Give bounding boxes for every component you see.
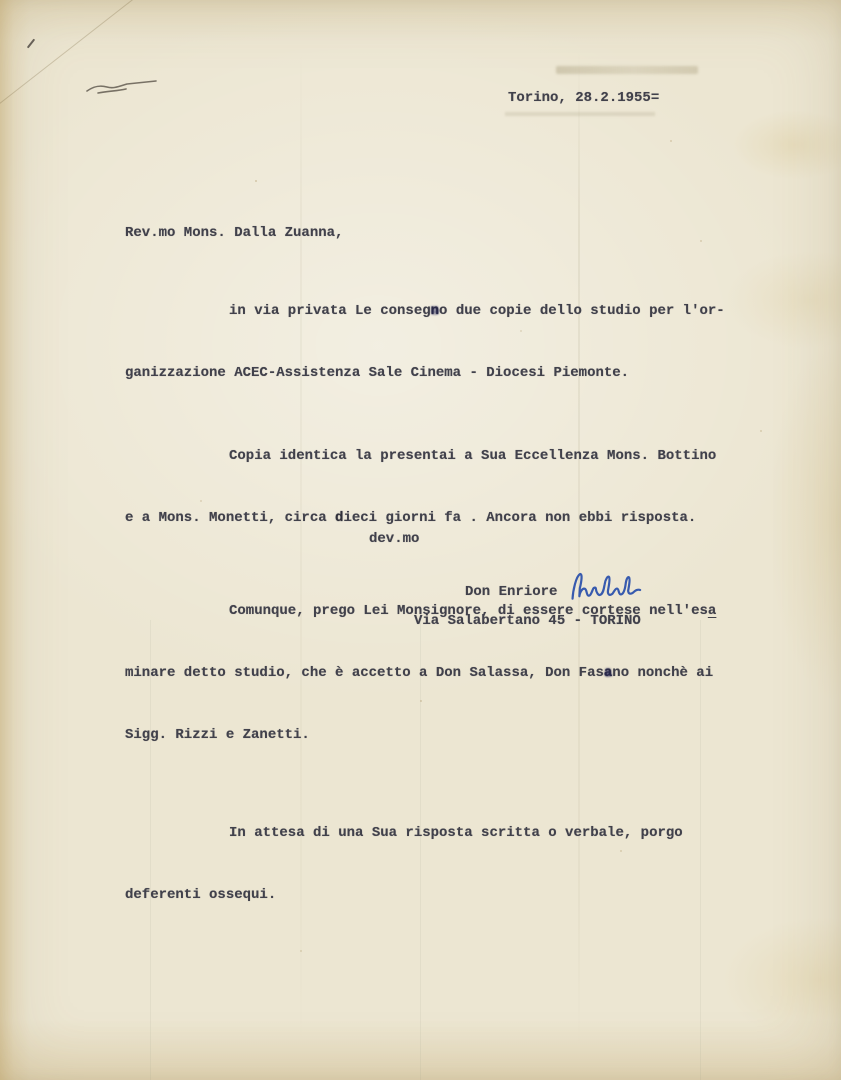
- body-line-p2-1: Copia identica la presentai a Sua Eccell…: [125, 441, 765, 471]
- body-line-p1-2: ganizzazione ACEC-Assistenza Sale Cinema…: [125, 358, 765, 388]
- overstrike-blot: a: [604, 665, 612, 681]
- body-line-p3-3: Sigg. Rizzi e Zanetti.: [125, 720, 765, 750]
- paper-speckles: [255, 180, 257, 182]
- letter-body: Rev.mo Mons. Dalla Zuanna, in via privat…: [125, 186, 765, 942]
- underlined-char: a: [708, 603, 716, 619]
- salutation-line: Rev.mo Mons. Dalla Zuanna,: [125, 218, 765, 248]
- signature-typed: Don Enriore: [465, 577, 557, 607]
- line-text: o due copie dello studio per l'or-: [439, 303, 725, 319]
- line-text: minare detto studio, che è accetto a Don…: [125, 665, 604, 681]
- pencil-scribble: [84, 76, 172, 103]
- body-line-p1-1: in via privata Le consegno due copie del…: [125, 296, 765, 326]
- line-text: in via privata Le conseg: [229, 303, 431, 319]
- letter-page: Torino, 28.2.1955= Rev.mo Mons. Dalla Zu…: [0, 0, 841, 1080]
- body-line-p4-1: In attesa di una Sua risposta scritta o …: [125, 818, 765, 848]
- date-line: Torino, 28.2.1955=: [508, 83, 659, 113]
- signature-handwriting-svg: [565, 564, 658, 610]
- line-text: no nonchè ai: [612, 665, 713, 681]
- body-line-p3-2: minare detto studio, che è accetto a Don…: [125, 658, 765, 688]
- body-line-p4-2: deferenti ossequi.: [125, 880, 765, 910]
- line-text: e a Mons. Monetti, circa: [125, 510, 335, 526]
- valediction: dev.mo: [369, 524, 419, 554]
- body-line-p2-2: e a Mons. Monetti, circa dieci giorni fa…: [125, 503, 765, 533]
- pencil-tick-mark: [27, 39, 35, 49]
- overstrike-blot: n: [431, 303, 439, 319]
- ink-smudge: [556, 66, 698, 74]
- address-line: Via Salabertano 45 - TORINO: [414, 606, 641, 636]
